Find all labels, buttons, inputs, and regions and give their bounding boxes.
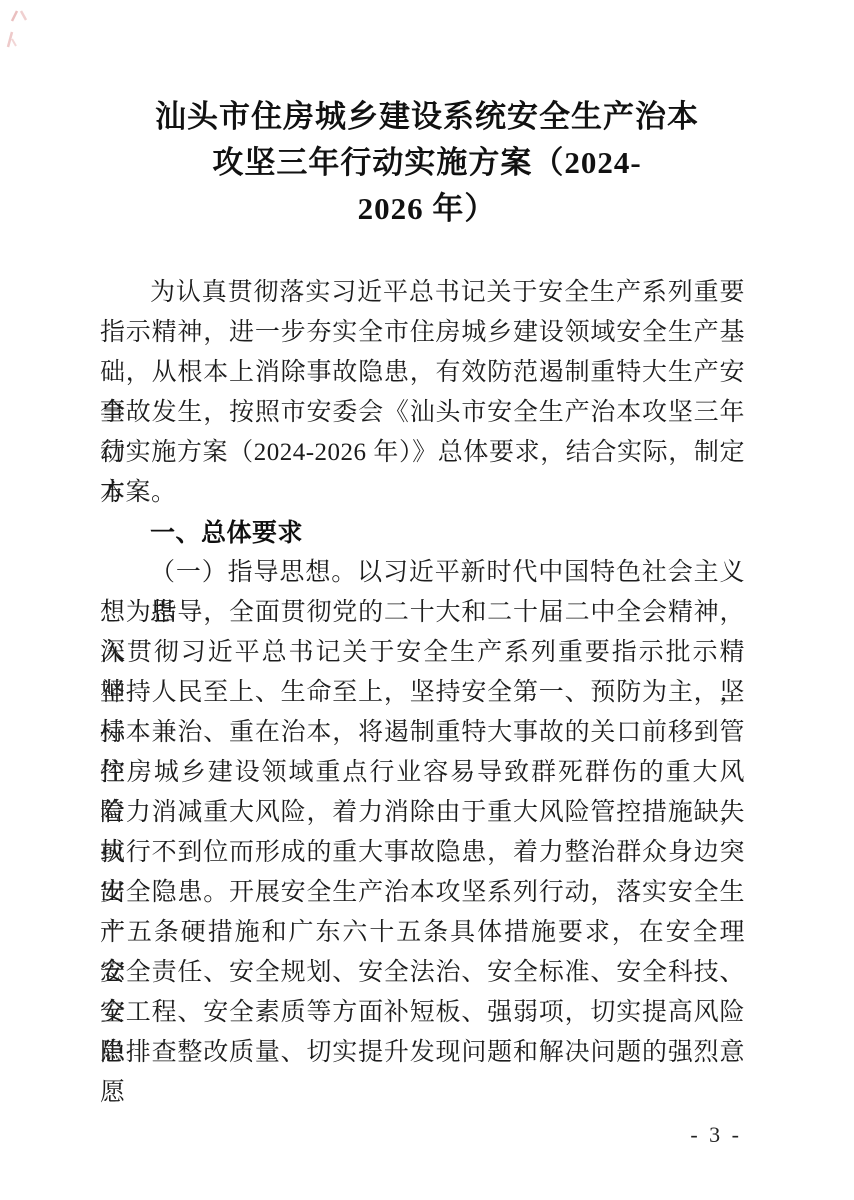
body-line: （一）指导思想。以习近平新时代中国特色社会主义思 xyxy=(100,553,745,593)
document-body: 为认真贯彻落实习近平总书记关于安全生产系列重要指示精神，进一步夯实全市住房城乡建… xyxy=(100,273,745,1073)
body-line: 十五条硬措施和广东六十五条具体措施要求，在安全理念、 xyxy=(100,913,745,953)
section-heading: 一、总体要求 xyxy=(100,513,745,553)
body-line: 想为指导，全面贯彻党的二十大和二十届二中全会精神，深 xyxy=(100,593,745,633)
body-line: 执行不到位而形成的重大事故隐患，着力整治群众身边突出 xyxy=(100,833,745,873)
red-ink-mark xyxy=(4,30,20,50)
body-line: 入贯彻习近平总书记关于安全生产系列重要指示批示精神， xyxy=(100,633,745,673)
title-line: 2026 年） xyxy=(100,186,754,232)
body-line: 安全责任、安全规划、安全法治、安全标准、安全科技、安 xyxy=(100,953,745,993)
body-line: 方案。 xyxy=(100,473,745,513)
body-line: 标本兼治、重在治本，将遏制重特大事故的关口前移到管控 xyxy=(100,713,745,753)
red-ink-mark xyxy=(8,8,30,24)
document-page: 汕头市住房城乡建设系统安全生产治本 攻坚三年行动实施方案（2024- 2026 … xyxy=(0,0,854,1200)
body-line: 事故发生，按照市安委会《汕头市安全生产治本攻坚三年行 xyxy=(100,393,745,433)
body-line: 安全隐患。开展安全生产治本攻坚系列行动，落实安全生产 xyxy=(100,873,745,913)
body-line: 着力消减重大风险，着力消除由于重大风险管控措施缺失或 xyxy=(100,793,745,833)
body-line: 指示精神，进一步夯实全市住房城乡建设领域安全生产基 xyxy=(100,313,745,353)
title-line: 汕头市住房城乡建设系统安全生产治本 xyxy=(100,94,754,140)
body-line: 全工程、安全素质等方面补短板、强弱项，切实提高风险隐 xyxy=(100,993,745,1033)
page-number: - 3 - xyxy=(690,1122,742,1148)
body-line: 住房城乡建设领域重点行业容易导致群死群伤的重大风险， xyxy=(100,753,745,793)
body-line: 坚持人民至上、生命至上，坚持安全第一、预防为主，坚持 xyxy=(100,673,745,713)
body-line: 为认真贯彻落实习近平总书记关于安全生产系列重要 xyxy=(100,273,745,313)
body-line: 动实施方案（2024-2026 年）》总体要求，结合实际，制定本 xyxy=(100,433,745,473)
document-title: 汕头市住房城乡建设系统安全生产治本 攻坚三年行动实施方案（2024- 2026 … xyxy=(100,94,754,232)
body-line: 患排查整改质量、切实提升发现问题和解决问题的强烈意愿 xyxy=(100,1033,745,1073)
body-line: 础，从根本上消除事故隐患，有效防范遏制重特大生产安全 xyxy=(100,353,745,393)
title-line: 攻坚三年行动实施方案（2024- xyxy=(100,140,754,186)
